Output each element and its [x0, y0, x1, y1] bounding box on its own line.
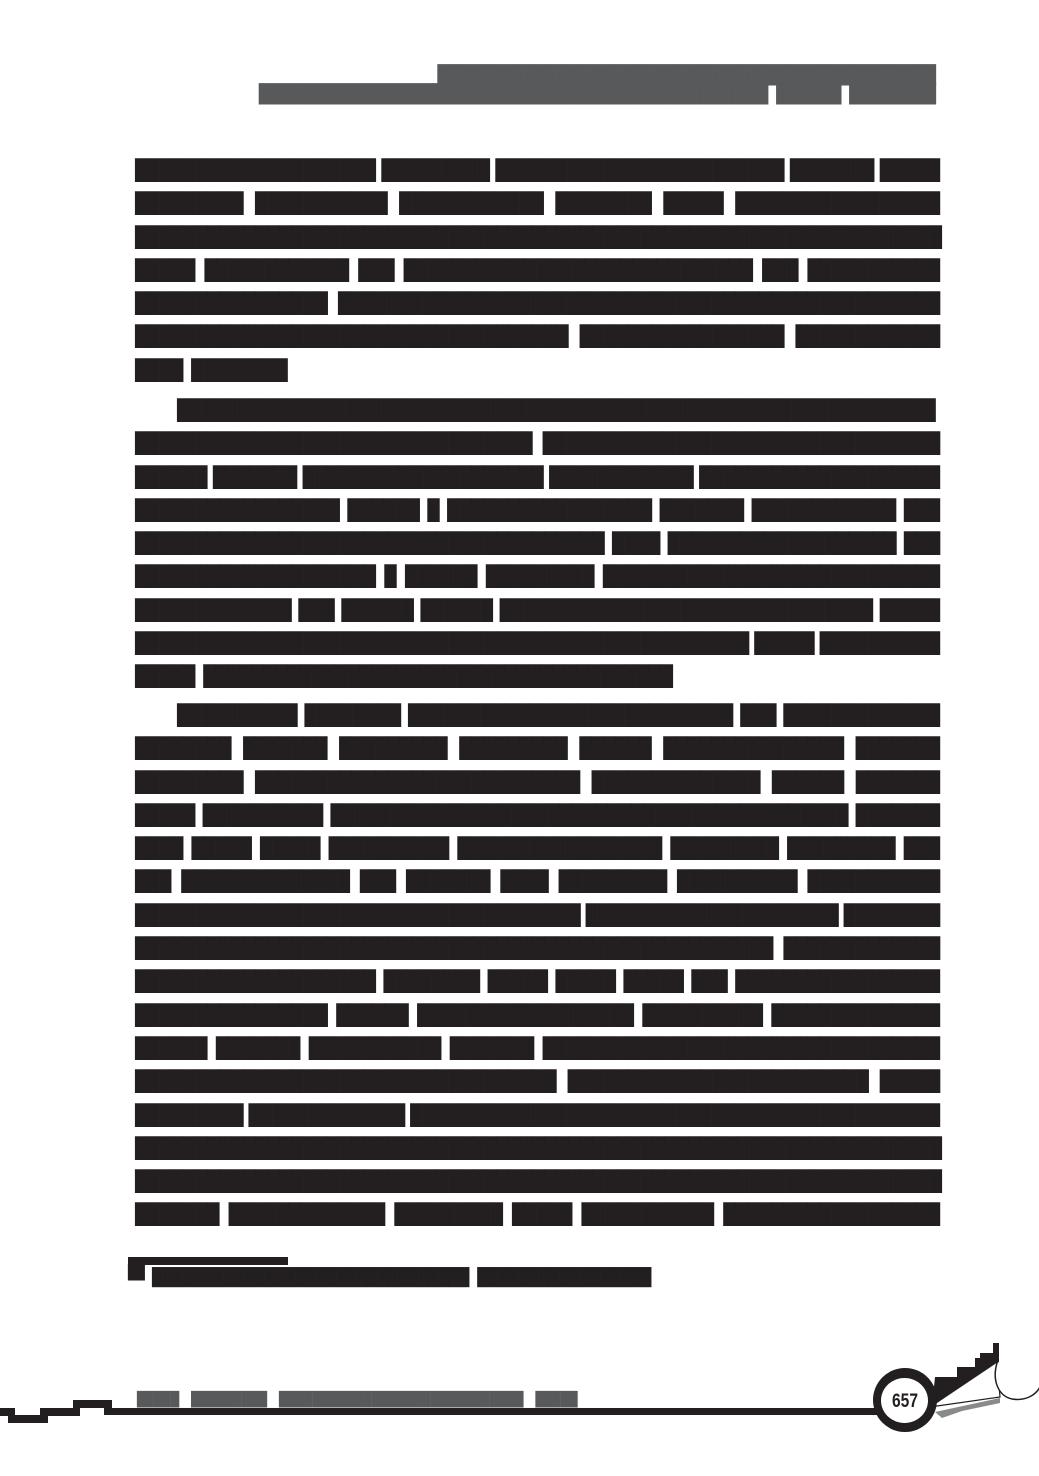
- redacted-word: █████: [488, 965, 548, 998]
- redacted-word: ██████████: [177, 699, 297, 732]
- redacted-word: █████████████: [783, 699, 940, 732]
- redacted-word: ██████: [336, 999, 408, 1032]
- redacted-word: ████████: [191, 354, 287, 387]
- redacted-word: ██████████: [203, 799, 323, 832]
- redacted-word: ████████: [849, 84, 936, 105]
- redacted-word: █████: [135, 799, 195, 832]
- redacted-word: ██████████████████: [723, 1198, 940, 1231]
- redacted-word: ████████: [135, 732, 231, 765]
- redacted-word: ████████████████████████████████████████…: [135, 1165, 942, 1198]
- redacted-word: ████████████: [549, 461, 694, 494]
- redacted-word: ████████████████████: [303, 461, 544, 494]
- text-line: ████████████████████████████████████████…: [135, 1065, 940, 1098]
- redacted-word: █████████████████████████████████████: [135, 899, 581, 932]
- text-line: ████████████████████████████████████████…: [135, 1165, 940, 1198]
- redacted-word: █████████████████████████: [568, 1065, 869, 1098]
- text-line: ████████████████████████████████████████…: [135, 320, 940, 353]
- redacted-word: ██████: [772, 766, 844, 799]
- redacted-word: ████████████████████████████████████████…: [438, 65, 937, 86]
- redacted-word: ███████████████████████████████████████: [203, 660, 673, 693]
- footnote-marker: ██: [128, 1265, 145, 1281]
- redacted-word: ████████████████████████████████████████…: [135, 1132, 942, 1165]
- redacted-word: ██████: [347, 494, 419, 527]
- redacted-word: ████████████████████████████████████████…: [410, 1099, 940, 1132]
- text-line: ████████████████████████████████████████…: [135, 254, 940, 287]
- running-head-line-1: ████████████████████████████████████████…: [438, 65, 937, 86]
- redacted-word: █████████████████████████████████: [543, 427, 940, 460]
- redacted-word: ███████████: [808, 254, 940, 287]
- redacted-word: ███: [360, 865, 396, 898]
- redacted-word: ██████████████: [181, 865, 350, 898]
- redacted-word: ████████: [555, 187, 651, 220]
- text-line: ████████████████████████████████████████…: [135, 154, 940, 187]
- redacted-word: █████████████████: [477, 1268, 651, 1288]
- footer-decoration: 657: [0, 1330, 1039, 1476]
- text-line: ████████████████████████████████████████…: [135, 766, 940, 799]
- redacted-word: █: [384, 560, 396, 593]
- redacted-word: ████████████████: [135, 999, 328, 1032]
- redacted-word: █████: [512, 1198, 572, 1231]
- redacted-word: ███████████████████████████████████: [135, 1065, 556, 1098]
- redacted-word: ████████████████████████████████████████…: [259, 84, 768, 105]
- redacted-word: ███: [762, 254, 798, 287]
- redacted-word: ████████████████████████████████████████…: [135, 627, 749, 660]
- redacted-word: ███████: [216, 1032, 300, 1065]
- redacted-word: █████████: [394, 1198, 502, 1231]
- redacted-word: ████████████████████: [135, 560, 376, 593]
- redacted-word: ████████████████████████████████████: [135, 320, 568, 353]
- redacted-word: █████████████████: [735, 965, 940, 998]
- text-line: ████████████████████████████████████████…: [135, 187, 940, 220]
- redacted-word: ██████████: [642, 999, 762, 1032]
- redacted-word: ███████████: [582, 1198, 714, 1231]
- redacted-word: ████████: [844, 899, 940, 932]
- redacted-word: ████████████: [204, 254, 349, 287]
- redacted-word: ██████: [421, 594, 493, 627]
- redacted-word: ███████████████████████████████: [152, 1268, 469, 1288]
- redacted-word: █████████: [135, 1099, 243, 1132]
- running-head-line-2: ████████████████████████████████████████…: [259, 84, 936, 105]
- text-line: ████████████████████████████████████████…: [135, 965, 940, 998]
- redacted-word: █████: [192, 832, 252, 865]
- redacted-word: ██████████: [820, 627, 940, 660]
- redacted-word: ████████████████: [135, 287, 328, 320]
- redacted-word: ██████████: [329, 832, 449, 865]
- redacted-word: ███████: [856, 766, 940, 799]
- text-line: ████████████████████████████████████████…: [135, 999, 940, 1032]
- redacted-word: ███████████████████: [668, 527, 897, 560]
- redacted-word: ███: [298, 594, 334, 627]
- redacted-word: ███: [691, 965, 727, 998]
- redacted-word: █████: [135, 660, 195, 693]
- redacted-word: ███████████: [255, 187, 387, 220]
- text-line: ████████████████████████████████████████…: [135, 461, 940, 494]
- redacted-word: █████: [880, 594, 940, 627]
- redacted-word: ██████: [776, 84, 841, 105]
- redacted-word: ██████: [579, 732, 651, 765]
- redacted-word: █████████: [135, 187, 243, 220]
- redacted-word: █████████████████: [135, 494, 340, 527]
- text-line: ████████████████████████████████████████…: [135, 1099, 940, 1132]
- redacted-word: ███████████████████████████████████████: [135, 527, 605, 560]
- redacted-word: ███████████: [808, 865, 940, 898]
- redacted-word: █████: [623, 965, 683, 998]
- redacted-word: █████████: [559, 865, 667, 898]
- redacted-word: ████████████████████████████████████████…: [135, 932, 773, 965]
- redacted-word: █████████████████: [580, 320, 785, 353]
- page-curl-icon: [995, 1363, 1039, 1399]
- redacted-word: █████████████████████████████████: [135, 427, 532, 460]
- text-line: ████████████████████████████████████████…: [135, 494, 940, 527]
- redacted-word: ███████: [856, 799, 940, 832]
- redacted-word: █████████████████████████████████: [543, 1032, 940, 1065]
- redacted-word: █████████████: [229, 1198, 386, 1231]
- text-line: ████████████████████████████████████████…: [135, 699, 940, 732]
- redacted-word: █████████: [381, 154, 489, 187]
- redacted-word: ██████: [135, 1032, 207, 1065]
- footnote-text: ████████████████████████████████████████…: [152, 1268, 651, 1288]
- redacted-word: ███████: [243, 732, 327, 765]
- redacted-word: ████: [500, 865, 548, 898]
- text-line: ████████████████████████████████████████…: [135, 1032, 940, 1065]
- redacted-word: ████████████████████████████████████████…: [330, 799, 848, 832]
- redacted-word: █████████████████: [447, 494, 652, 527]
- redacted-word: █████: [135, 254, 195, 287]
- page-number: 657: [892, 1390, 918, 1412]
- redacted-word: ███████████████████████████: [255, 766, 580, 799]
- redacted-word: ██████: [135, 461, 207, 494]
- redacted-word: ████: [135, 354, 183, 387]
- redacted-word: ██████████████: [771, 999, 940, 1032]
- redacted-word: ███████: [450, 1032, 534, 1065]
- redacted-word: ███: [135, 865, 171, 898]
- text-line: ████████████████████████████████████████…: [135, 660, 940, 693]
- redacted-word: █████████████: [783, 932, 940, 965]
- redacted-word: ████: [135, 832, 183, 865]
- text-line: ████████████████████████████████████████…: [135, 427, 940, 460]
- redacted-word: ███████: [790, 154, 874, 187]
- redacted-word: ███: [740, 699, 776, 732]
- text-line: ████████████████████████████████████████…: [135, 865, 940, 898]
- paragraph-2: ████████████████████████████████████████…: [135, 394, 940, 694]
- redacted-word: ████████████████████: [135, 965, 376, 998]
- redacted-word: █████: [260, 832, 320, 865]
- redacted-word: ███████████████████████████: [408, 699, 733, 732]
- text-line: ████████████████████████████████████████…: [135, 560, 940, 593]
- redacted-word: █████████: [135, 766, 243, 799]
- redacted-word: ██: [128, 1265, 145, 1281]
- redacted-word: █████████████: [135, 594, 292, 627]
- redacted-word: ██████████████████: [417, 999, 634, 1032]
- redacted-word: ████████████: [752, 494, 897, 527]
- redacted-word: ███████: [856, 732, 940, 765]
- redacted-word: ██████████: [677, 865, 797, 898]
- redacted-word: ████████████████████████████████████████…: [338, 287, 940, 320]
- redacted-word: █: [427, 494, 439, 527]
- text-line: ████████████████████████████████████████…: [135, 1132, 940, 1165]
- redacted-word: █████████████████████: [586, 899, 839, 932]
- text-line: ████████████████████████████████████████…: [135, 594, 940, 627]
- redacted-word: ████████████████████: [135, 154, 376, 187]
- redacted-word: ████████████: [399, 187, 544, 220]
- redacted-word: ███████: [406, 865, 490, 898]
- redacted-word: ████: [612, 527, 660, 560]
- redacted-word: ████████: [305, 699, 401, 732]
- text-line: ████████████████████████████████████████…: [135, 1198, 940, 1231]
- redacted-word: ████████████████████████: [495, 154, 784, 187]
- paragraph-1: ████████████████████████████████████████…: [135, 154, 940, 387]
- text-line: ████████████████████████████████████████…: [135, 394, 940, 427]
- paragraph-3: ████████████████████████████████████████…: [135, 699, 940, 1232]
- redacted-word: ████████: [384, 965, 480, 998]
- redacted-word: █████████: [670, 832, 778, 865]
- redacted-word: ████████████████████████████: [603, 560, 940, 593]
- text-line: ████████████████████████████████████████…: [135, 627, 940, 660]
- redacted-word: █████: [754, 627, 814, 660]
- redacted-word: ████████████████████: [699, 461, 940, 494]
- redacted-word: ████████████████████████████████████████…: [177, 394, 936, 427]
- redacted-word: █████: [880, 1065, 940, 1098]
- footnote-rule: [128, 1257, 288, 1265]
- redacted-word: █████████████████████████████: [404, 254, 753, 287]
- redacted-word: ██████: [341, 594, 413, 627]
- redacted-word: ███: [904, 494, 940, 527]
- redacted-word: ███████: [135, 1198, 219, 1231]
- redacted-word: █████████████████: [735, 187, 940, 220]
- redacted-word: ███████: [213, 461, 297, 494]
- redacted-word: █████████: [787, 832, 895, 865]
- text-line: ████████████████████████████████████████…: [135, 732, 940, 765]
- text-line: ████████████████████████████████████████…: [135, 932, 940, 965]
- redacted-word: █████████████: [249, 1099, 406, 1132]
- redacted-word: ██████████████: [592, 766, 761, 799]
- redacted-word: ████████████████████████████████████████…: [135, 221, 942, 254]
- text-line: ████████████████████████████████████████…: [135, 221, 940, 254]
- redacted-word: █████████: [459, 732, 567, 765]
- footer-rule-line: [0, 1400, 894, 1423]
- redacted-word: █████████: [486, 560, 594, 593]
- redacted-word: ████████████: [796, 320, 941, 353]
- redacted-word: ███: [904, 527, 940, 560]
- redacted-word: ███████████: [309, 1032, 441, 1065]
- redacted-word: █████: [663, 187, 723, 220]
- redacted-word: ███████: [660, 494, 744, 527]
- text-line: ████████████████████████████████████████…: [135, 287, 940, 320]
- redacted-word: ███████████████: [663, 732, 844, 765]
- redacted-word: █████████████████: [457, 832, 662, 865]
- redacted-word: ██████: [405, 560, 477, 593]
- redacted-word: ███: [904, 832, 940, 865]
- redacted-word: ███: [358, 254, 394, 287]
- text-line: ████████████: [135, 354, 940, 387]
- redacted-word: █████: [556, 965, 616, 998]
- text-line: ████████████████████████████████████████…: [135, 832, 940, 865]
- text-line: ████████████████████████████████████████…: [135, 527, 940, 560]
- text-line: ████████████████████████████████████████…: [135, 799, 940, 832]
- redacted-word: █████: [880, 154, 940, 187]
- redacted-word: ███████████████████████████████: [500, 594, 873, 627]
- text-line: ████████████████████████████████████████…: [135, 899, 940, 932]
- redacted-word: █████████: [339, 732, 447, 765]
